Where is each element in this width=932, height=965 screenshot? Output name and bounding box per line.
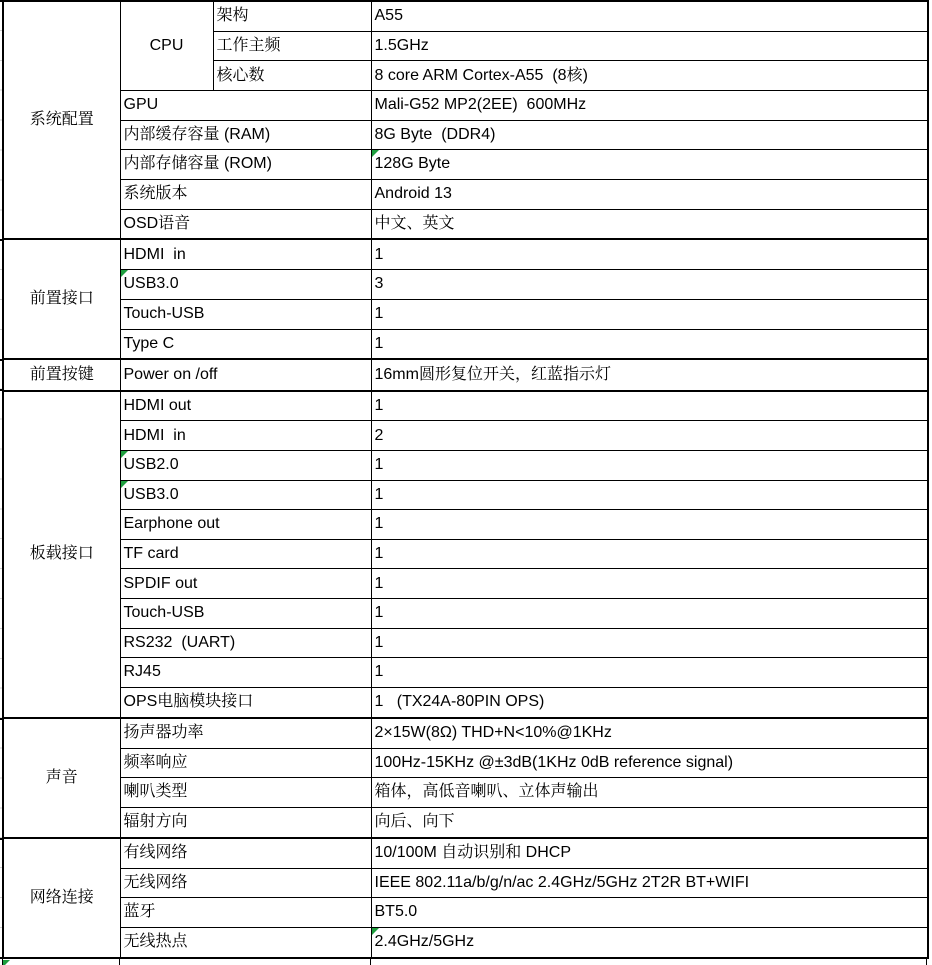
table-row: 声音 扬声器功率 2×15W(8Ω) THD+N<10%@1KHz <box>3 718 928 748</box>
spec-value-cell: 1 <box>371 539 928 569</box>
spec-value-cell: 1 <box>371 239 928 269</box>
table-row: OSD语音 中文、英文 <box>3 209 928 239</box>
spec-label-cell: Touch-USB <box>120 299 371 329</box>
spec-table: 系统配置 CPU 架构 A55 工作主频 1.5GHz 核心数 8 core A… <box>2 0 929 959</box>
table-row: RJ45 1 <box>3 658 928 688</box>
spec-label-cell: 喇叭类型 <box>120 778 371 808</box>
partial-row-border <box>926 959 927 965</box>
table-row: Earphone out 1 <box>3 510 928 540</box>
spec-label-cell: 频率响应 <box>120 748 371 778</box>
spec-label-cell: HDMI out <box>120 391 371 421</box>
table-row: RS232 (UART) 1 <box>3 628 928 658</box>
table-row: 板载接口 HDMI out 1 <box>3 391 928 421</box>
spec-label-cell: 架构 <box>213 1 371 31</box>
gridline-tick <box>0 239 2 241</box>
partial-row-border <box>119 959 120 965</box>
spec-sheet: 系统配置 CPU 架构 A55 工作主频 1.5GHz 核心数 8 core A… <box>0 0 932 965</box>
table-row: USB3.0 3 <box>3 270 928 300</box>
category-cell: 前置接口 <box>3 239 120 359</box>
spec-value-cell: 1 <box>371 480 928 510</box>
spec-label-cell: RS232 (UART) <box>120 628 371 658</box>
spec-value-cell: 1 <box>371 451 928 481</box>
gridline-tick <box>0 718 2 720</box>
spec-value-cell: 向后、向下 <box>371 807 928 837</box>
spec-value-cell: 1 <box>371 510 928 540</box>
spec-label-cell: 有线网络 <box>120 838 371 868</box>
spec-value-cell: IEEE 802.11a/b/g/n/ac 2.4GHz/5GHz 2T2R B… <box>371 868 928 898</box>
spec-label-cell: TF card <box>120 539 371 569</box>
spec-label-cell: 系统版本 <box>120 179 371 209</box>
category-cell: 前置按键 <box>3 359 120 390</box>
category-cell: 声音 <box>3 718 120 838</box>
spec-label-cell: USB2.0 <box>120 451 371 481</box>
spec-value-cell: 1 (TX24A-80PIN OPS) <box>371 687 928 717</box>
table-row: 系统版本 Android 13 <box>3 179 928 209</box>
spec-value-cell: 1 <box>371 299 928 329</box>
partial-row-border <box>370 959 371 965</box>
spec-label-cell: 扬声器功率 <box>120 718 371 748</box>
table-row: 辐射方向 向后、向下 <box>3 807 928 837</box>
spec-value-cell: 1.5GHz <box>371 31 928 61</box>
cpu-group-cell: CPU <box>120 1 213 91</box>
spec-label-cell: SPDIF out <box>120 569 371 599</box>
spec-label-cell: 内部存储容量 (ROM) <box>120 150 371 180</box>
cell-error-marker <box>3 960 10 965</box>
spec-label-cell: Power on /off <box>120 359 371 390</box>
spec-value-cell: 1 <box>371 569 928 599</box>
spec-value-cell: 8G Byte (DDR4) <box>371 120 928 150</box>
table-row: 蓝牙 BT5.0 <box>3 898 928 928</box>
spec-label-cell: Earphone out <box>120 510 371 540</box>
gridline-tick <box>0 838 2 840</box>
category-cell: 系统配置 <box>3 1 120 239</box>
table-row: 喇叭类型 箱体，高低音喇叭、立体声输出 <box>3 778 928 808</box>
spec-label-cell: 无线热点 <box>120 927 371 958</box>
table-row: GPU Mali-G52 MP2(2EE) 600MHz <box>3 91 928 121</box>
spec-value-cell: 1 <box>371 599 928 629</box>
spec-value-cell: BT5.0 <box>371 898 928 928</box>
gridline-tick <box>0 0 2 2</box>
spec-label-cell: 内部缓存容量 (RAM) <box>120 120 371 150</box>
spec-label-cell: 工作主频 <box>213 31 371 61</box>
spec-value-cell: 3 <box>371 270 928 300</box>
spec-value-cell: 中文、英文 <box>371 209 928 239</box>
table-row: Touch-USB 1 <box>3 299 928 329</box>
spec-value-cell: 1 <box>371 628 928 658</box>
spec-label-cell: HDMI in <box>120 421 371 451</box>
spec-label-cell: Touch-USB <box>120 599 371 629</box>
spec-label-cell: 无线网络 <box>120 868 371 898</box>
spec-label-cell: USB3.0 <box>120 480 371 510</box>
spec-label-cell: 核心数 <box>213 61 371 91</box>
spec-value-cell: 10/100M 自动识别和 DHCP <box>371 838 928 868</box>
table-row: HDMI in 2 <box>3 421 928 451</box>
spec-label-cell: OPS电脑模块接口 <box>120 687 371 717</box>
table-row: 前置接口 HDMI in 1 <box>3 239 928 269</box>
table-row: Touch-USB 1 <box>3 599 928 629</box>
spec-label-cell: Type C <box>120 329 371 359</box>
spec-label-cell: USB3.0 <box>120 270 371 300</box>
spec-label-cell: 辐射方向 <box>120 807 371 837</box>
spec-label-cell: GPU <box>120 91 371 121</box>
spec-value-cell: 箱体，高低音喇叭、立体声输出 <box>371 778 928 808</box>
gridline-tick <box>0 359 2 361</box>
spec-value-cell: Mali-G52 MP2(2EE) 600MHz <box>371 91 928 121</box>
spec-value-cell: A55 <box>371 1 928 31</box>
spec-value-cell: 8 core ARM Cortex-A55 (8核) <box>371 61 928 91</box>
table-row: SPDIF out 1 <box>3 569 928 599</box>
table-row: 频率响应 100Hz-15KHz @±3dB(1KHz 0dB referenc… <box>3 748 928 778</box>
category-cell: 板载接口 <box>3 391 120 718</box>
spec-value-cell: 128G Byte <box>371 150 928 180</box>
spec-value-cell: 2 <box>371 421 928 451</box>
spec-value-cell: 1 <box>371 658 928 688</box>
table-row: 无线网络 IEEE 802.11a/b/g/n/ac 2.4GHz/5GHz 2… <box>3 868 928 898</box>
table-row: TF card 1 <box>3 539 928 569</box>
table-row: USB2.0 1 <box>3 451 928 481</box>
spec-label-cell: RJ45 <box>120 658 371 688</box>
gridline-tick <box>0 389 2 391</box>
table-row: 系统配置 CPU 架构 A55 <box>3 1 928 31</box>
spec-value-cell: 1 <box>371 329 928 359</box>
spec-value-cell: Android 13 <box>371 179 928 209</box>
spec-value-cell: 1 <box>371 391 928 421</box>
spec-value-cell: 16mm圆形复位开关，红蓝指示灯 <box>371 359 928 390</box>
spec-label-cell: OSD语音 <box>120 209 371 239</box>
spec-label-cell: 蓝牙 <box>120 898 371 928</box>
table-row: 内部缓存容量 (RAM) 8G Byte (DDR4) <box>3 120 928 150</box>
spec-value-cell: 2×15W(8Ω) THD+N<10%@1KHz <box>371 718 928 748</box>
category-cell: 网络连接 <box>3 838 120 958</box>
spec-value-cell: 100Hz-15KHz @±3dB(1KHz 0dB reference sig… <box>371 748 928 778</box>
spec-label-cell: HDMI in <box>120 239 371 269</box>
table-row: 网络连接 有线网络 10/100M 自动识别和 DHCP <box>3 838 928 868</box>
table-row: OPS电脑模块接口 1 (TX24A-80PIN OPS) <box>3 687 928 717</box>
table-row: 内部存储容量 (ROM) 128G Byte <box>3 150 928 180</box>
table-row: USB3.0 1 <box>3 480 928 510</box>
table-row: 无线热点 2.4GHz/5GHz <box>3 927 928 958</box>
table-row: 前置按键 Power on /off 16mm圆形复位开关，红蓝指示灯 <box>3 359 928 390</box>
spec-value-cell: 2.4GHz/5GHz <box>371 927 928 958</box>
table-row: Type C 1 <box>3 329 928 359</box>
